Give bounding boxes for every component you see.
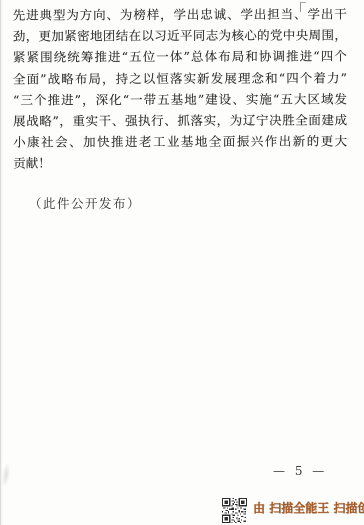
qr-code-icon <box>222 497 247 524</box>
document-body: 先进典型为方向、为榜样，学出忠诚、学出担当、学出干 劲，更加紧密地团结在以习近平… <box>13 3 348 174</box>
watermark-text: 由 扫描全能王 扫描创建 <box>253 501 364 515</box>
body-line: 贡献！ <box>13 152 347 174</box>
body-line: 全面”战略布局，持之以恒落实新发展理念和“四个着力” <box>13 67 347 89</box>
body-line: 先进典型为方向、为榜样，学出忠诚、学出担当、学出干 <box>13 3 347 25</box>
body-line: 劲，更加紧密地团结在以习近平同志为核心的党中央周围， <box>13 25 347 47</box>
page-number: — 5 — <box>273 464 327 478</box>
body-line: 小康社会、加快推进老工业基地全面振兴作出新的更大 <box>13 131 347 153</box>
body-line: 紧紧围绕统筹推进“五位一体”总体布局和协调推进“四个 <box>13 46 347 68</box>
public-release-note: （此件公开发布） <box>29 194 141 212</box>
scanned-document-page: 先进典型为方向、为榜样，学出忠诚、学出担当、学出干 劲，更加紧密地团结在以习近平… <box>0 0 364 525</box>
body-line: 展战略”，重实干、强执行、抓落实，为辽宁决胜全面建成 <box>13 109 347 131</box>
camscanner-watermark: 由 扫描全能王 扫描创建 <box>222 497 364 524</box>
scan-edge-shadow <box>0 0 3 525</box>
body-line: “三个推进”，深化“一带五基地”建设、实施“五大区域发 <box>13 88 347 110</box>
